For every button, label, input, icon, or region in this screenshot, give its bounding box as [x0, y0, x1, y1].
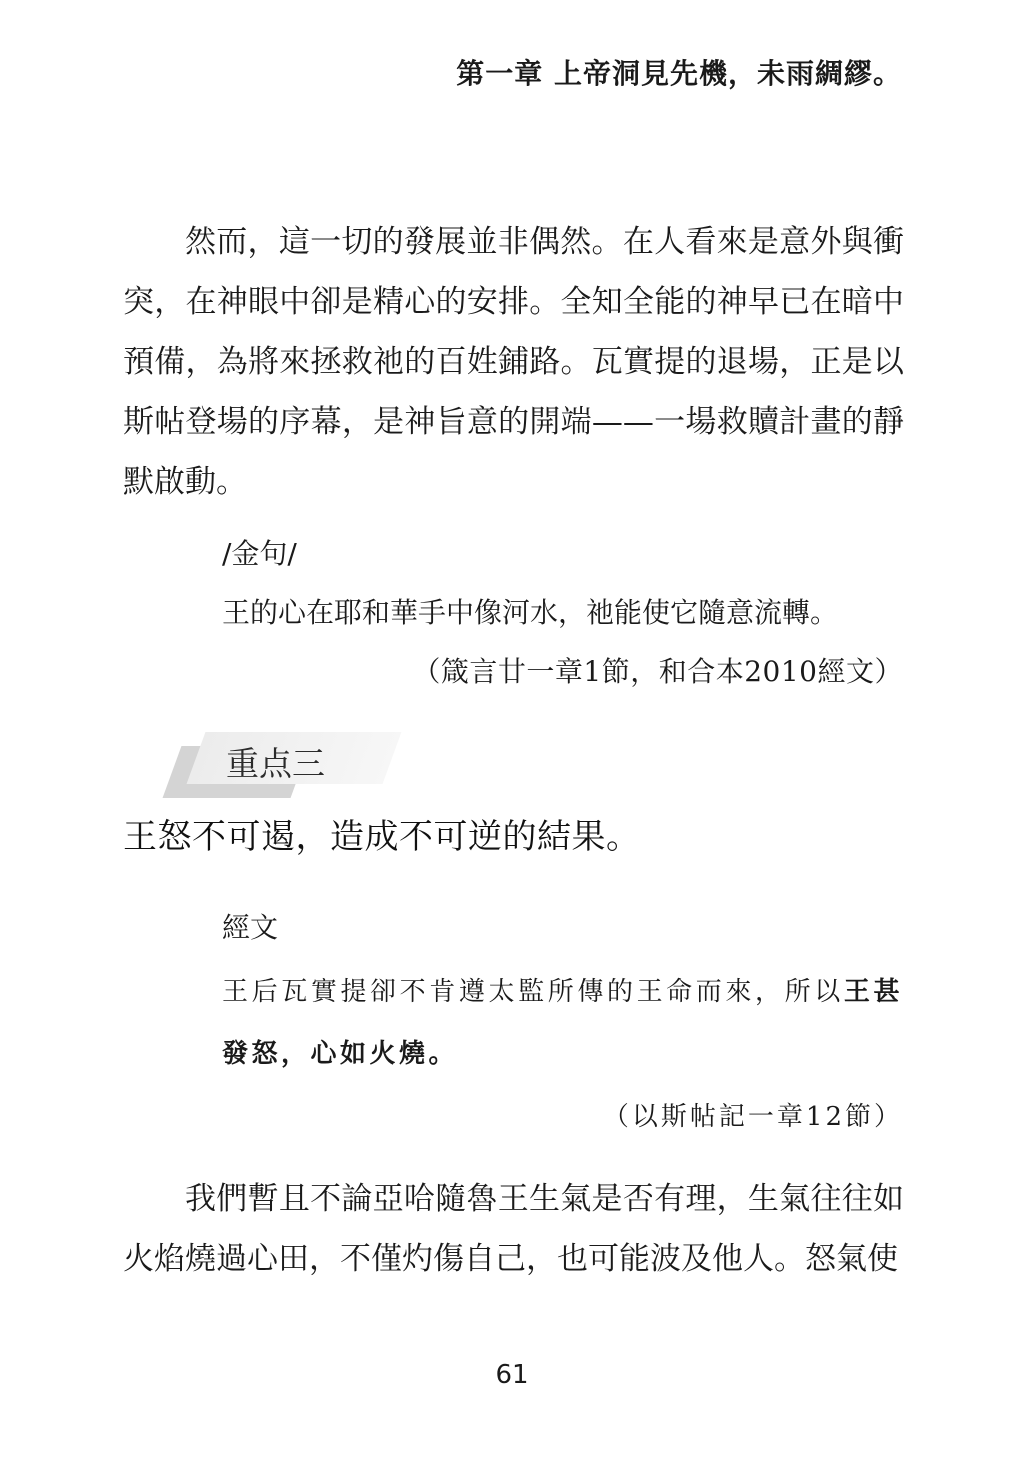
scripture-citation: （以斯帖記一章12節）: [222, 1097, 903, 1137]
golden-quote-label: /金句/: [222, 524, 903, 583]
golden-quote-citation: （箴言廿一章1節，和合本2010經文）: [222, 642, 903, 701]
golden-quote-text: 王的心在耶和華手中像河水，祂能使它隨意流轉。: [222, 583, 903, 642]
book-page: 第一章 上帝洞見先機，未雨綢繆。 然而，這一切的發展並非偶然。在人看來是意外與衝…: [0, 0, 1024, 1459]
chapter-running-header: 第一章 上帝洞見先機，未雨綢繆。: [456, 52, 902, 92]
key-point-badge: 重点三: [168, 730, 428, 804]
page-number: 61: [0, 1360, 1024, 1390]
body-paragraph-1: 然而，這一切的發展並非偶然。在人看來是意外與衝突，在神眼中卻是精心的安排。全知全…: [123, 212, 904, 512]
scripture-text-normal: 王后瓦實提卻不肯遵太監所傳的王命而來，所以: [222, 977, 844, 1007]
key-point-badge-label: 重点三: [226, 738, 325, 785]
scripture-label: 經文: [222, 911, 903, 945]
body-paragraph-2: 我們暫且不論亞哈隨魯王生氣是否有理，生氣往往如火焰燒過心田，不僅灼傷自己，也可能…: [123, 1169, 904, 1289]
scripture-section: 經文 王后瓦實提卻不肯遵太監所傳的王命而來，所以王甚發怒，心如火燒。 （以斯帖記…: [222, 911, 903, 1137]
key-point-heading: 王怒不可遏，造成不可逆的結果。: [123, 809, 641, 858]
scripture-text: 王后瓦實提卻不肯遵太監所傳的王命而來，所以王甚發怒，心如火燒。: [222, 961, 903, 1085]
golden-quote-section: /金句/ 王的心在耶和華手中像河水，祂能使它隨意流轉。 （箴言廿一章1節，和合本…: [222, 524, 903, 701]
